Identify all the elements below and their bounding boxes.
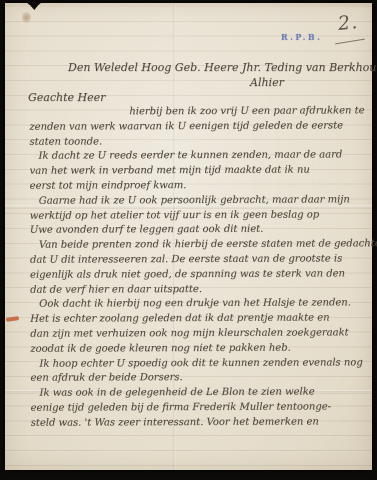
letter-page: 2. R.P.B. Den Weledel Hoog Geb. Heere Jh… [5, 3, 372, 470]
page-number: 2. [337, 11, 359, 35]
letter-line: staten toonde. [29, 134, 365, 150]
letter-line: Van beide prenten zond ik hierbij de eer… [30, 237, 366, 253]
letter-line: Uwe avonden durf te leggen gaat ook dit … [30, 223, 366, 239]
salutation: Geachte Heer [28, 91, 105, 104]
letter-line: werktijd op het atelier tot vijf uur is … [30, 208, 366, 224]
addressee-line: Den Weledel Hoog Geb. Heere Jhr. Teding … [68, 61, 377, 74]
letter-line: Ik was ook in de gelegenheid de Le Blon … [31, 385, 367, 401]
letter-line: dan zijn met verhuizen ook nog mijn kleu… [30, 326, 366, 342]
letter-line: eenige tijd geleden bij de firma Frederi… [31, 400, 367, 416]
letter-line: Ik dacht ze U reeds eerder te kunnen zen… [29, 149, 365, 165]
letter-line: eigenlijk als druk niet goed, de spannin… [30, 267, 366, 283]
letter-line: dat U dit interesseeren zal. De eerste s… [30, 252, 366, 268]
letter-line: eerst tot mijn eindproef kwam. [30, 178, 366, 194]
letter-line: een afdruk der beide Dorsers. [30, 371, 366, 387]
letter-line: van het werk in verband met mijn tijd ma… [30, 163, 366, 179]
page-number-underline [335, 39, 365, 45]
letter-line: Gaarne had ik ze U ook persoonlijk gebra… [30, 193, 366, 209]
letter-line: Ook dacht ik hierbij nog een drukje van … [30, 297, 366, 313]
red-margin-mark [6, 316, 19, 322]
addressee-location: Alhier [250, 76, 284, 89]
letter-body: hierbij ben ik zoo vrij U een paar afdru… [29, 104, 366, 431]
letter-line: zenden van werk waarvan ik U eenigen tij… [29, 119, 365, 135]
paper-stain [22, 12, 31, 23]
letter-line: zoodat ik de goede kleuren nog niet te p… [30, 341, 366, 357]
scan-background: 2. R.P.B. Den Weledel Hoog Geb. Heere Jh… [0, 0, 377, 480]
letter-line: Het is echter zoolang geleden dat ik dat… [30, 311, 366, 327]
letter-line: hierbij ben ik zoo vrij U een paar afdru… [29, 104, 365, 120]
letter-line: Ik hoop echter U spoedig ook dit te kunn… [30, 356, 366, 372]
collection-stamp: R.P.B. [281, 32, 322, 42]
letter-line: dat de verf hier en daar uitspatte. [30, 282, 366, 298]
paper-tear [26, 2, 42, 10]
letter-line: steld was. 't Was zeer interessant. Voor… [31, 415, 367, 431]
